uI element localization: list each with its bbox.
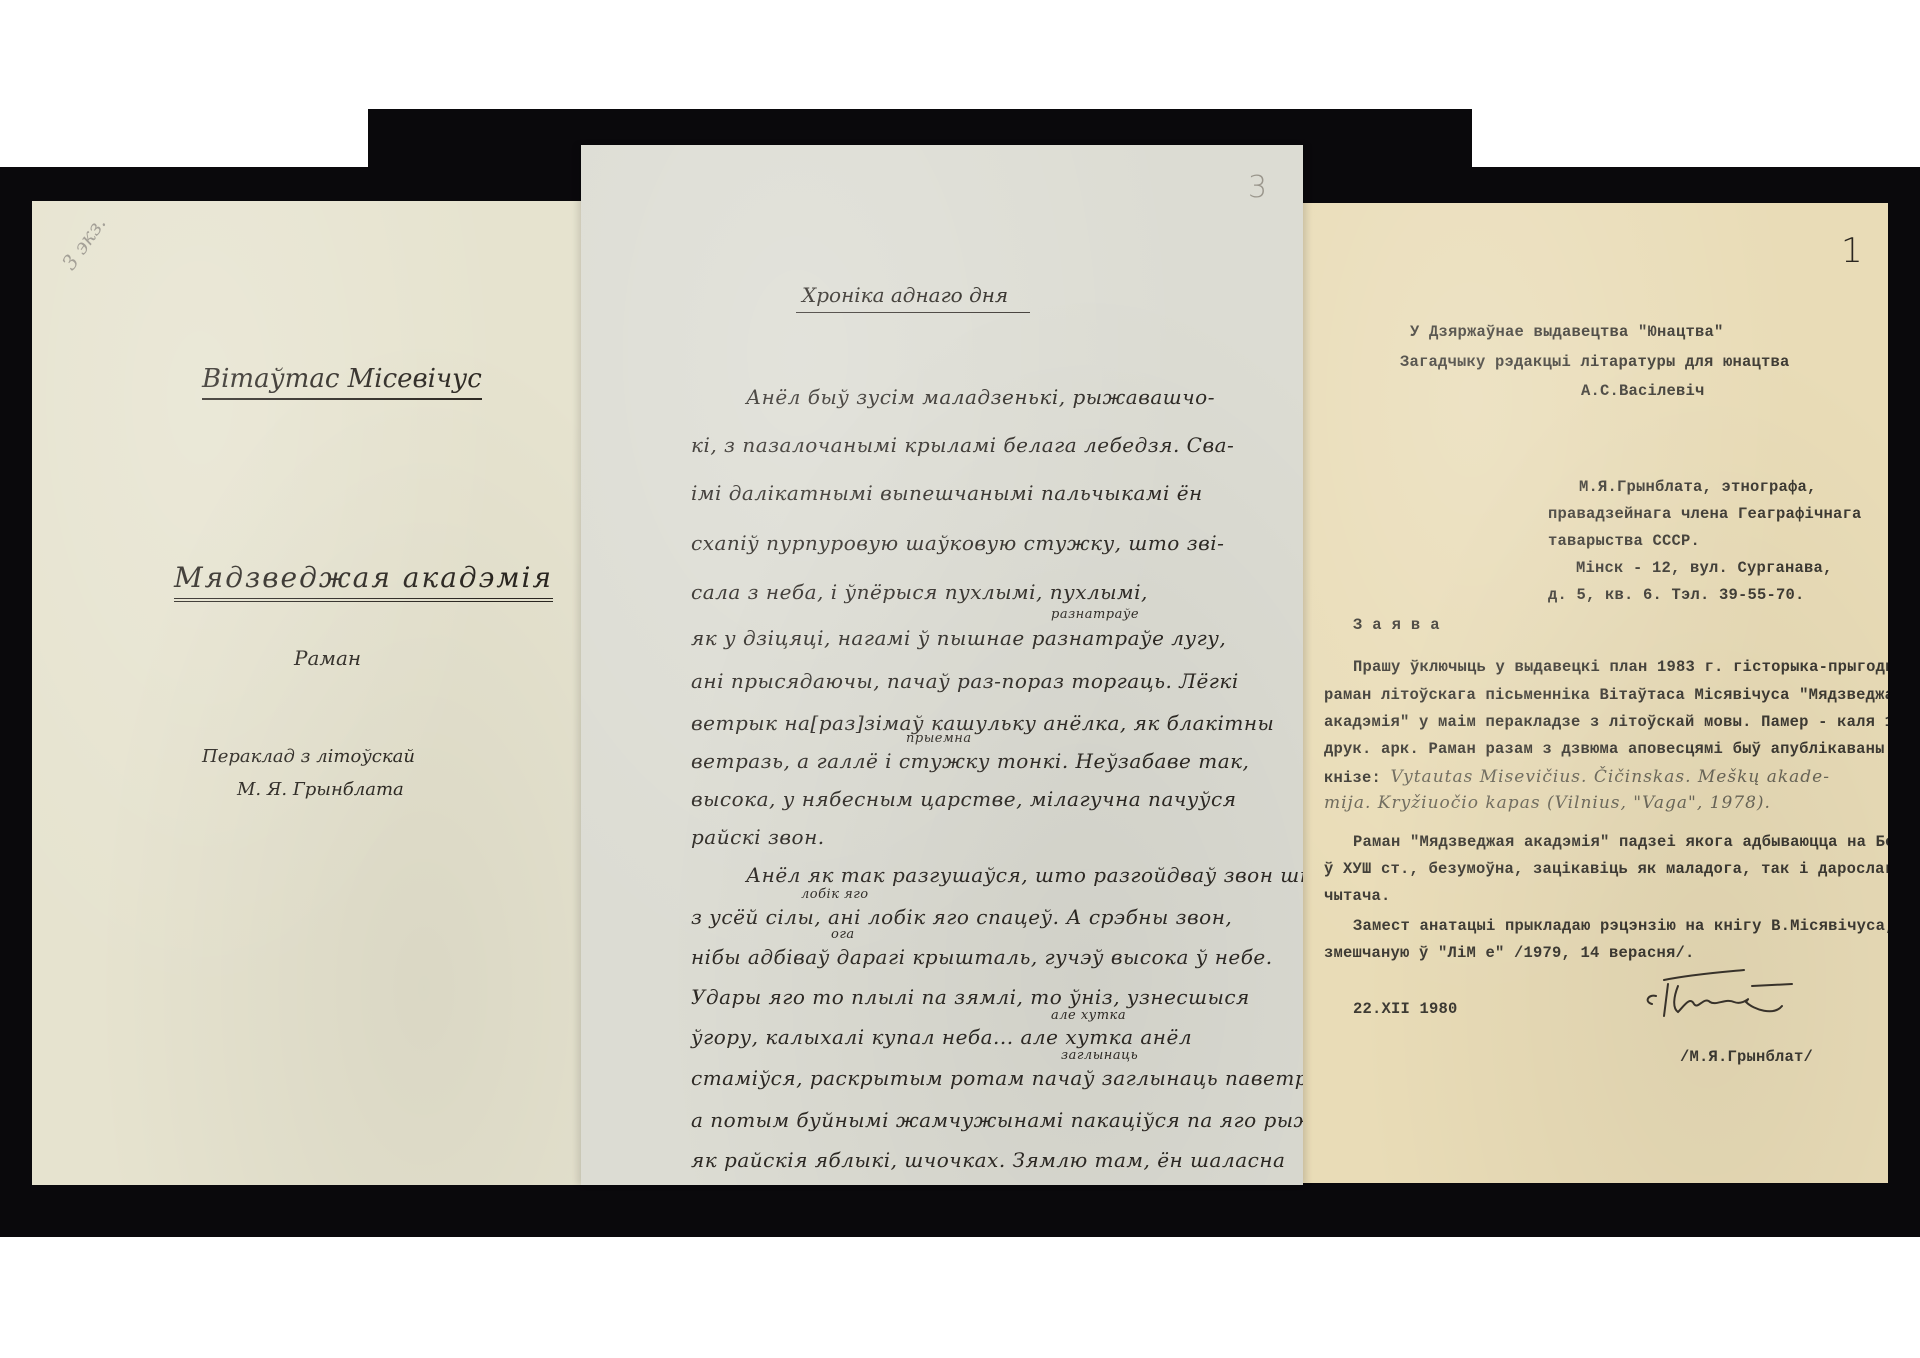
manuscript-line: ані прысядаючы, пачаў раз-пораз торгаць.… <box>691 669 1239 693</box>
title-page: 3 экз. Вітаўтас Місевічус Мядзведжая ака… <box>32 201 592 1185</box>
signature-icon <box>1634 966 1794 1026</box>
manuscript-line: як райскія яблыкі, шчочках. Зямлю там, ё… <box>691 1148 1285 1172</box>
sender-line: д. 5, кв. 6. Тэл. 39-55-70. <box>1548 586 1805 604</box>
letter-heading: Заява <box>1353 616 1450 634</box>
paragraph-line: кнізе: Vytautas Misevičius. Čičinskas. M… <box>1324 767 1830 787</box>
manuscript-line: а потым буйнымі жамчужынамі пакаціўся па… <box>691 1108 1303 1132</box>
paragraph-line: друк. арк. Раман разам з дзвюма аповесця… <box>1324 740 1888 758</box>
manuscript-line: райскі звон. <box>691 825 825 849</box>
manuscript-line: схапіў пурпуровую шаўковую стужку, што з… <box>691 531 1224 555</box>
margin-correction: ога <box>831 927 855 942</box>
manuscript-page: 3 Хроніка аднаго дня Анёл быў зусім мала… <box>581 145 1303 1185</box>
paragraph-line: Замест анатацыі прыкладаю рэцэнзію на кн… <box>1353 917 1888 935</box>
sender-line: правадзейнага члена Геаграфічнага <box>1548 505 1862 523</box>
page-number: 3 <box>1248 170 1267 205</box>
margin-correction: прыемна <box>906 731 972 746</box>
sender-line: Мінск - 12, вул. Сурганава, <box>1576 559 1833 577</box>
manuscript-line: Удары яго то плылі па зямлі, то ўніз, уз… <box>691 985 1250 1009</box>
page-number: 1 <box>1841 231 1863 271</box>
handwritten-citation: Vytautas Misevičius. Čičinskas. Meškų ak… <box>1391 767 1830 787</box>
manuscript-line: нібы адбіваў дарагі крышталь, гучэў высо… <box>691 945 1273 969</box>
translation-line-1: Пераклад з літоўскай <box>202 746 415 767</box>
manuscript-line: імі далікатнымі выпешчанымі пальчыкамі ё… <box>691 481 1203 505</box>
manuscript-line: з усёй сілы, ані лобік яго спацеў. А срэ… <box>691 905 1232 929</box>
manuscript-line: стаміўся, раскрытым ротам пачаў заглынац… <box>691 1066 1303 1090</box>
typed-prefix: кнізе: <box>1324 769 1381 787</box>
margin-correction: разнатраўе <box>1051 607 1139 622</box>
manuscript-line: Анёл як так разгушаўся, што разгойдваў з… <box>746 863 1303 887</box>
chapter-title: Хроніка аднаго дня <box>796 283 1030 313</box>
translator-name: М. Я. Грынблата <box>237 779 404 800</box>
typed-letter-page: 1 У Дзяржаўнае выдавецтва "Юнацтва" Зага… <box>1292 203 1888 1183</box>
manuscript-line: сала з неба, і ўпёрыся пухлымі, пухлымі, <box>691 580 1148 604</box>
sender-line: таварыства СССР. <box>1548 532 1700 550</box>
author-name: Вітаўтас Місевічус <box>202 364 482 400</box>
addressee-line: У Дзяржаўнае выдавецтва "Юнацтва" <box>1410 323 1724 341</box>
manuscript-line: як у дзіцяці, нагамі ў пышнае разнатраўе… <box>691 626 1226 650</box>
paragraph-line: ў ХУШ ст., безумоўна, зацікавіць як мала… <box>1324 860 1888 878</box>
manuscript-line: кі, з пазалочанымі крыламі белага лебедз… <box>691 433 1234 457</box>
manuscript-line: ветрык на[раз]зімаў кашульку анёлка, як … <box>691 711 1274 735</box>
paragraph-line: змешчаную ў "ЛіМ е" /1979, 14 верасня/. <box>1324 944 1695 962</box>
sender-line: М.Я.Грынблата, этнографа, <box>1579 478 1817 496</box>
letter-date: 22.XII 1980 <box>1353 1000 1458 1018</box>
signature-name: /М.Я.Грынблат/ <box>1680 1048 1813 1066</box>
paragraph-line: акадэмія" у маім перакладзе з літоўскай … <box>1324 713 1888 731</box>
paragraph-line: раман літоўскага пісьменніка Вітаўтаса М… <box>1324 686 1888 704</box>
manuscript-line: ўгору, калыхалі купал неба... але хутка … <box>691 1025 1192 1049</box>
addressee-line: Загадчыку рэдакцыі літаратуры для юнацтв… <box>1400 353 1790 371</box>
paragraph-line: чытача. <box>1324 887 1391 905</box>
margin-correction: але хутка <box>1051 1008 1126 1023</box>
margin-correction: заглынаць <box>1061 1048 1138 1063</box>
book-title: Мядзведжая акадэмія <box>174 561 553 602</box>
manuscript-line: ветразь, а галлё і стужку тонкі. Неўзаба… <box>691 749 1249 773</box>
manuscript-line: высока, у нябесным царстве, мілагучна па… <box>691 787 1236 811</box>
paragraph-line: Прашу ўключыць у выдавецкі план 1983 г. … <box>1353 658 1888 676</box>
genre-label: Раман <box>294 646 361 670</box>
handwritten-citation: mija. Kryžiuočio kapas (Vilnius, "Vaga",… <box>1324 793 1771 813</box>
manuscript-line: Анёл быў зусім маладзенькі, рыжавашчо- <box>746 385 1215 409</box>
paragraph-line: Раман "Мядзведжая акадэмія" падзеі якога… <box>1353 833 1888 851</box>
pencil-note: 3 экз. <box>57 212 111 275</box>
addressee-line: А.С.Васілевіч <box>1581 382 1705 400</box>
margin-correction: лобік яго <box>801 887 869 902</box>
